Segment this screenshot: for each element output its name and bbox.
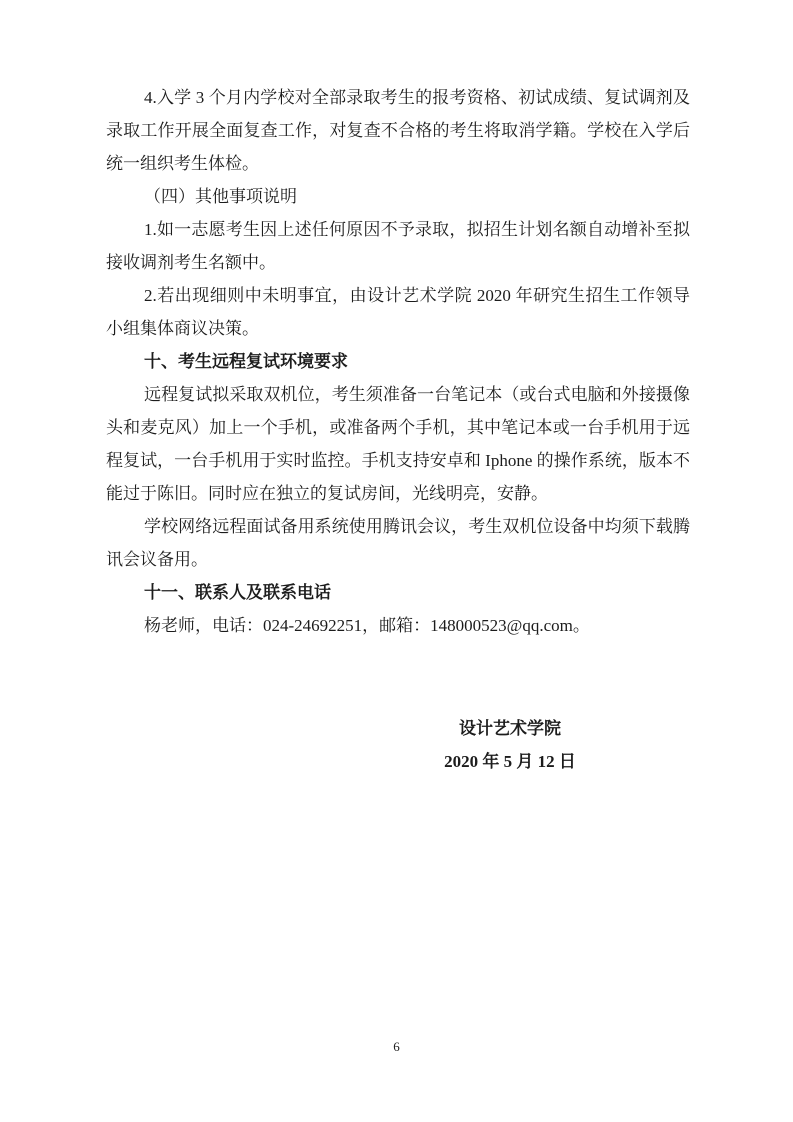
signature-date: 2020 年 5 月 12 日 [410,745,610,778]
paragraph-contact-details: 杨老师，电话：024-24692251，邮箱：148000523@qq.com。 [106,609,690,642]
section-heading-contact-info: 十一、联系人及联系电话 [106,576,690,609]
document-content: 4.入学 3 个月内学校对全部录取考生的报考资格、初试成绩、复试调剂及录取工作开… [106,81,690,642]
subsection-title-other-matters: （四）其他事项说明 [106,180,690,213]
paragraph-quota-transfer: 1.如一志愿考生因上述任何原因不予录取，拟招生计划名额自动增补至拟接收调剂考生名… [106,213,690,279]
signature-block: 设计艺术学院 2020 年 5 月 12 日 [410,712,610,778]
paragraph-backup-system-tencent-meeting: 学校网络远程面试备用系统使用腾讯会议，考生双机位设备中均须下载腾讯会议备用。 [106,510,690,576]
signature-organization: 设计艺术学院 [410,712,610,745]
paragraph-leading-group-decision: 2.若出现细则中未明事宜，由设计艺术学院 2020 年研究生招生工作领导小组集体… [106,279,690,345]
document-page: 4.入学 3 个月内学校对全部录取考生的报考资格、初试成绩、复试调剂及录取工作开… [0,0,793,1122]
section-heading-remote-exam-environment: 十、考生远程复试环境要求 [106,345,690,378]
paragraph-dual-camera-requirements: 远程复试拟采取双机位，考生须准备一台笔记本（或台式电脑和外接摄像头和麦克风）加上… [106,378,690,510]
page-number: 6 [0,1039,793,1055]
paragraph-recheck-policy: 4.入学 3 个月内学校对全部录取考生的报考资格、初试成绩、复试调剂及录取工作开… [106,81,690,180]
